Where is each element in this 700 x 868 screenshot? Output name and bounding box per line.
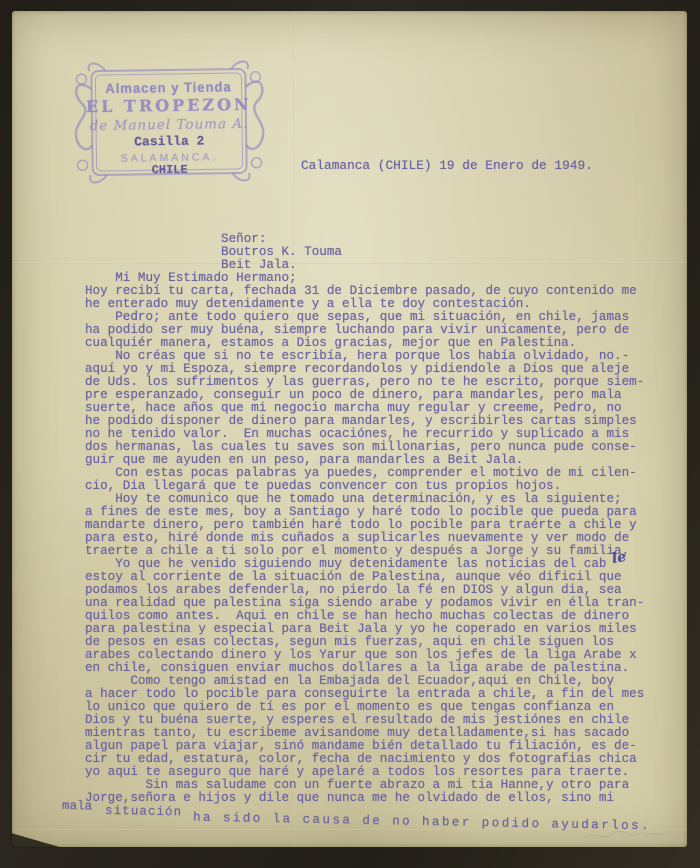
rubber-stamp: Almacen y Tienda EL TROPEZON de Manuel T… xyxy=(65,57,273,188)
torn-corner xyxy=(11,833,63,848)
date-line: Calamanca (CHILE) 19 de Enero de 1949. xyxy=(301,158,593,173)
letter-line: Jorge,señora e hijos y dile que nunca me… xyxy=(85,792,644,805)
stamp-owner-name: de Manuel Touma A. xyxy=(66,116,272,135)
closing-word: mala xyxy=(62,799,92,814)
stamp-country: CHILE xyxy=(67,162,273,179)
letter-body: Señor: Boutros K. Touma Beit Jala. Mi Mu… xyxy=(85,233,644,805)
closing-word: situación xyxy=(105,804,182,819)
scanned-letter-page: { "scan": { "paper_color": "#d7d1ae", "i… xyxy=(0,0,700,868)
stamp-store-name: EL TROPEZON xyxy=(66,95,272,117)
faint-pencil-scribble xyxy=(582,824,672,846)
handwritten-correction: le xyxy=(611,549,628,567)
stamp-po-box: Casilla 2 xyxy=(66,133,272,151)
